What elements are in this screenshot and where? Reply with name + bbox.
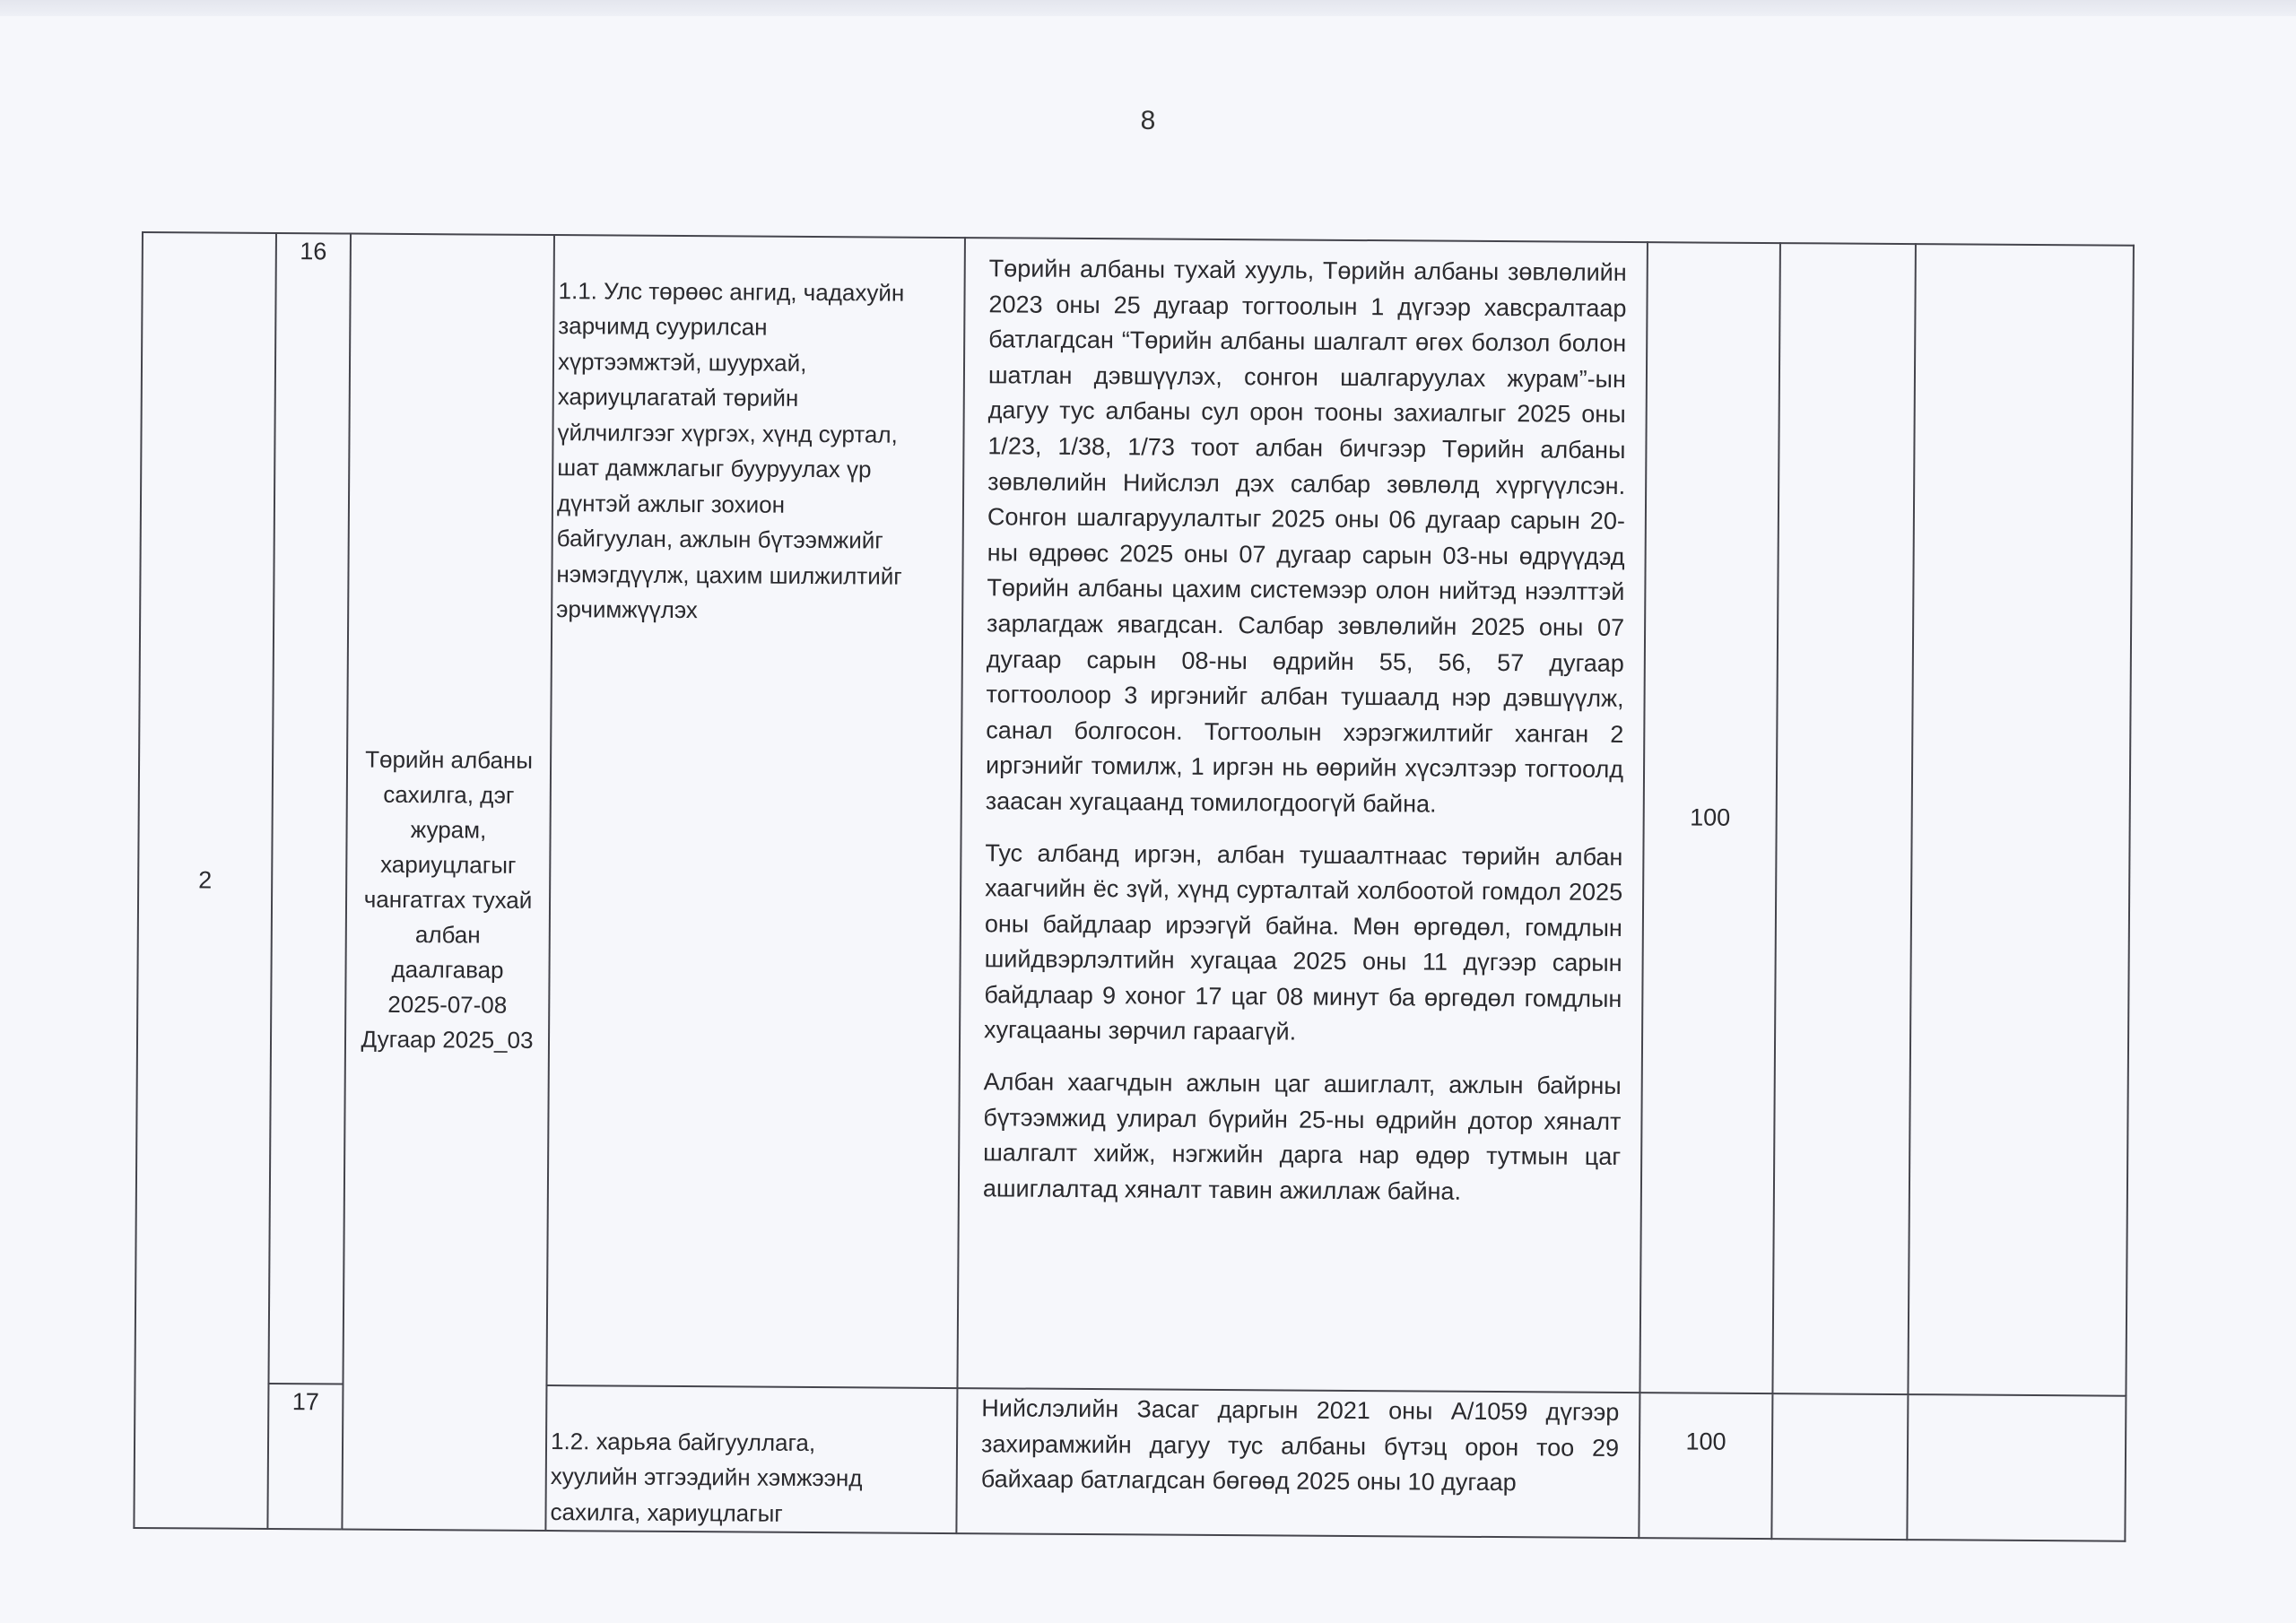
task-text: 1.2. харьяа байгууллага, хуулийн этгээди… [550, 1428, 862, 1527]
empty-cell [1771, 1393, 1908, 1540]
task-text: 1.1. Улс төрөөс ангид, чадахуйн зарчимд … [556, 277, 904, 624]
scan-edge [0, 0, 2296, 16]
percent-cell: 100 [1639, 1393, 1772, 1539]
percent-value: 100 [1690, 803, 1730, 830]
report-paragraph: Тус албанд иргэн, албан тушаалтнаас төри… [984, 836, 1623, 1053]
section-title: Төрийн албаны сахилга, дэг журам, хариуц… [361, 745, 533, 1053]
table-row: 2 16 Төрийн албаны сахилга, дэг журам, х… [135, 232, 2133, 1396]
section-title-cell: Төрийн албаны сахилга, дэг журам, хариуц… [342, 234, 554, 1531]
row-index: 16 [300, 238, 326, 265]
report-cell: Төрийн албаны тухай хууль, Төрийн албаны… [957, 238, 1647, 1393]
report-table: 2 16 Төрийн албаны сахилга, дэг журам, х… [133, 231, 2135, 1542]
section-number-cell: 2 [134, 232, 276, 1529]
report-table-container: 2 16 Төрийн албаны сахилга, дэг журам, х… [134, 231, 2133, 1506]
percent-value: 100 [1685, 1428, 1726, 1454]
report-paragraph: Албан хаагчдын ажлын цаг ашиглалт, ажлын… [983, 1064, 1622, 1211]
report-cell: Нийслэлийн Засаг даргын 2021 оны А/1059 … [956, 1388, 1639, 1538]
empty-cell [1907, 1394, 2126, 1541]
task-cell: 1.2. харьяа байгууллага, хуулийн этгээди… [545, 1385, 957, 1533]
empty-cell [1908, 244, 2134, 1396]
section-number: 2 [198, 866, 212, 893]
percent-cell: 100 [1639, 242, 1780, 1393]
page-number: 8 [0, 106, 2296, 136]
task-cell: 1.1. Улс төрөөс ангид, чадахуйн зарчимд … [546, 235, 964, 1388]
empty-cell [1772, 243, 1916, 1394]
row-index: 17 [292, 1388, 319, 1415]
report-paragraph: Төрийн албаны тухай хууль, Төрийн албаны… [986, 251, 1627, 823]
report-paragraph: Нийслэлийн Засаг даргын 2021 оны А/1059 … [981, 1391, 1620, 1501]
row-index-cell: 16 [268, 233, 351, 1384]
row-index-cell: 17 [267, 1384, 343, 1530]
